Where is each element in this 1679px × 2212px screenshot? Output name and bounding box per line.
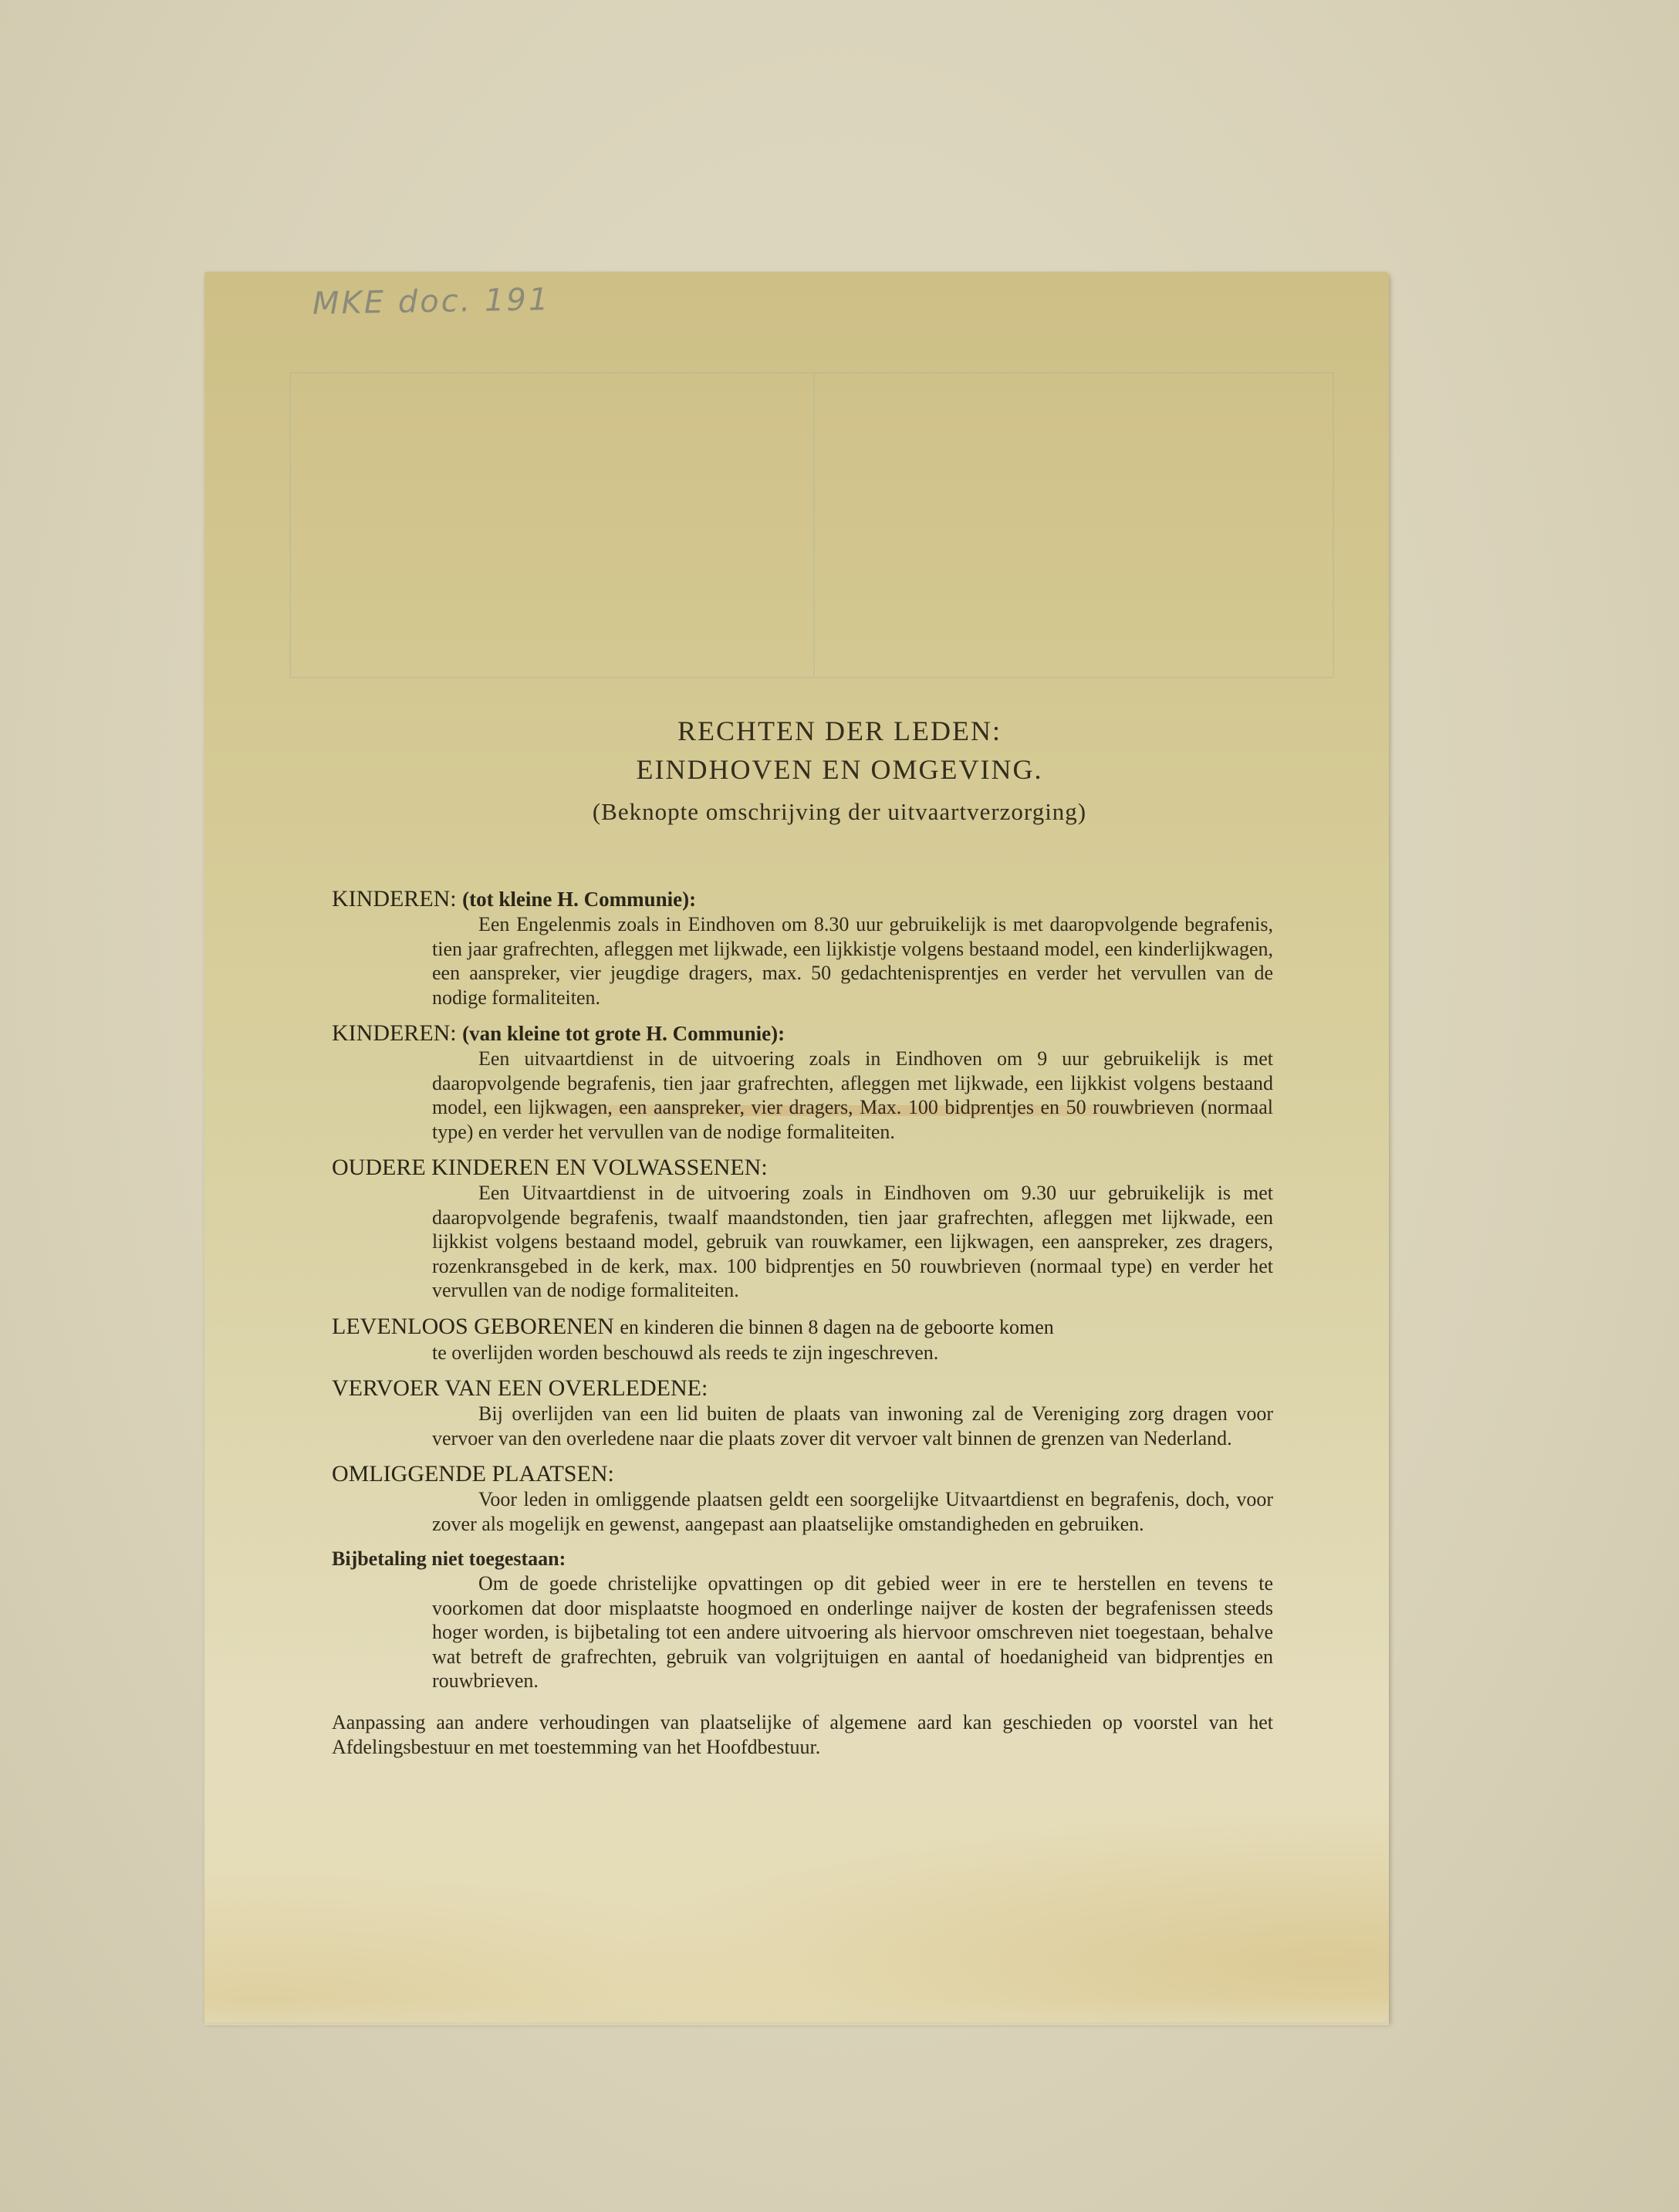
section-heading: LEVENLOOS GEBORENEN en kinderen die binn… — [332, 1314, 1273, 1341]
torn-bottom-edge — [204, 1999, 1389, 2025]
section-bijbetaling: Bijbetaling niet toegestaan: Om de goede… — [332, 1547, 1273, 1693]
section-kinderen-kleine-tot-grote-communie: KINDEREN: (van kleine tot grote H. Commu… — [332, 1020, 1273, 1144]
handwritten-archive-label: MKE doc. 191 — [312, 282, 551, 321]
section-omliggende-plaatsen: OMLIGGENDE PLAATSEN: Voor leden in omlig… — [332, 1461, 1273, 1536]
section-heading: KINDEREN: (tot kleine H. Communie): — [332, 886, 1273, 912]
title-line-1: RECHTEN DER LEDEN: — [0, 712, 1679, 750]
section-kinderen-tot-kleine-communie: KINDEREN: (tot kleine H. Communie): Een … — [332, 886, 1273, 1010]
section-heading: OMLIGGENDE PLAATSEN: — [332, 1461, 1273, 1487]
heading-main: KINDEREN: — [332, 886, 457, 912]
section-body: Voor leden in omliggende plaatsen geldt … — [432, 1487, 1273, 1536]
heading-main: LEVENLOOS GEBORENEN — [332, 1314, 614, 1339]
subtitle: (Beknopte omschrijving der uitvaartverzo… — [0, 792, 1679, 832]
title-line-2: EINDHOVEN EN OMGEVING. — [0, 750, 1679, 789]
heading-inline-text: en kinderen die binnen 8 dagen na de geb… — [620, 1316, 1053, 1338]
section-body: Een Engelenmis zoals in Eindhoven om 8.3… — [432, 912, 1273, 1010]
heading-sub: (van kleine tot grote H. Communie): — [462, 1022, 785, 1045]
section-heading: KINDEREN: (van kleine tot grote H. Commu… — [332, 1020, 1273, 1047]
faint-printed-frame — [289, 372, 1334, 678]
section-heading: Bijbetaling niet toegestaan: — [332, 1547, 1273, 1571]
section-body: Een Uitvaartdienst in de uitvoering zoal… — [432, 1181, 1273, 1303]
section-continuation: te overlijden worden beschouwd als reeds… — [432, 1341, 1273, 1365]
section-oudere-kinderen-volwassenen: OUDERE KINDEREN EN VOLWASSENEN: Een Uitv… — [332, 1155, 1273, 1303]
document-body: KINDEREN: (tot kleine H. Communie): Een … — [332, 886, 1273, 1760]
section-body: Om de goede christelijke opvattingen op … — [432, 1571, 1273, 1693]
section-heading: VERVOER VAN EEN OVERLEDENE: — [332, 1375, 1273, 1402]
section-vervoer-overledene: VERVOER VAN EEN OVERLEDENE: Bij overlijd… — [332, 1375, 1273, 1450]
section-levenloos-geborenen: LEVENLOOS GEBORENEN en kinderen die binn… — [332, 1314, 1273, 1365]
section-body: Bij overlijden van een lid buiten de pla… — [432, 1402, 1273, 1450]
heading-main: KINDEREN: — [332, 1020, 457, 1046]
frame-center-divider — [813, 374, 815, 677]
heading-sub: (tot kleine H. Communie): — [462, 888, 696, 911]
section-heading: OUDERE KINDEREN EN VOLWASSENEN: — [332, 1155, 1273, 1181]
title-block: RECHTEN DER LEDEN: EINDHOVEN EN OMGEVING… — [0, 712, 1679, 832]
footer-note: Aanpassing aan andere verhoudingen van p… — [332, 1710, 1273, 1760]
section-body: Een uitvaartdienst in de uitvoering zoal… — [432, 1047, 1273, 1144]
